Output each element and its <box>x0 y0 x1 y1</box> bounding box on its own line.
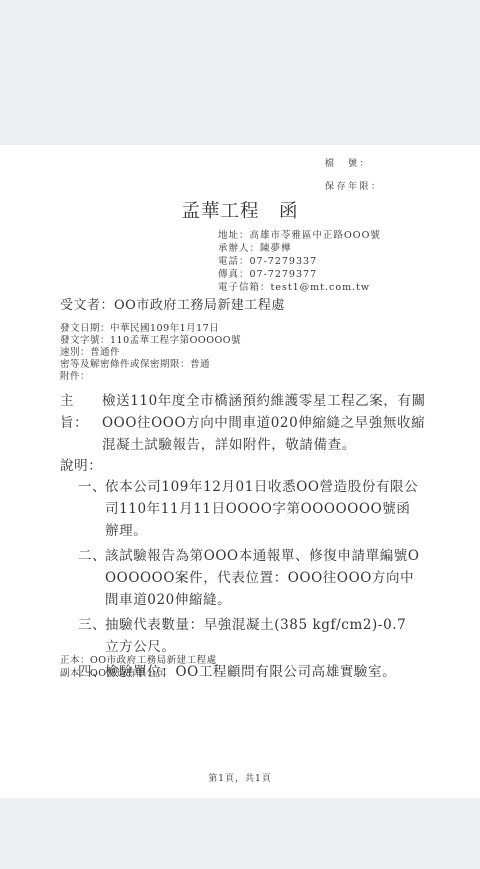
document-viewer-canvas: 檔 號： 保存年限： 孟華工程 函 地址：高雄市苓雅區中正路OOO號 承辦人：陳… <box>0 0 480 869</box>
doc-number-line: 發文字號：110孟華工程字第OOOOO號 <box>60 335 241 347</box>
speed-class-line: 速別：普通件 <box>60 347 241 359</box>
subject-text: 檢送110年度全市橋涵預約維護零星工程乙案，有關OOO往OOO方向中間車道020… <box>102 390 427 456</box>
carbon-copy-line: 副本：OO營造有限公司 <box>60 668 217 681</box>
sender-email: 電子信箱：test1@mt.com.tw <box>218 281 381 294</box>
list-item-text: 依本公司109年12月01日收悉OO營造股份有限公司110年11月11日OOOO… <box>105 476 420 542</box>
sender-fax: 傳真：07-7279377 <box>218 268 381 281</box>
explanation-label: 說明： <box>60 455 102 477</box>
list-item-number: 三、 <box>78 614 105 658</box>
list-item-number: 二、 <box>78 545 105 611</box>
sender-contact-person: 承辦人：陳夢樺 <box>218 242 381 255</box>
page-number-footer: 第1頁，共1頁 <box>0 771 480 784</box>
copies-block: 正本：OO市政府工務局新建工程處 副本：OO營造有限公司 <box>60 655 217 680</box>
list-item-number: 一、 <box>78 476 105 542</box>
list-item: 二、 該試驗報告為第OOO本通報單、修復申請單編號OOOOOOO案件，代表位置：… <box>78 545 420 611</box>
meta-block: 發文日期：中華民國109年1月17日 發文字號：110孟華工程字第OOOOO號 … <box>60 323 241 383</box>
sender-info-block: 地址：高雄市苓雅區中正路OOO號 承辦人：陳夢樺 電話：07-7279337 傳… <box>218 229 381 294</box>
archive-block: 檔 號： 保存年限： <box>325 158 383 204</box>
list-item-text: 抽驗代表數量：早強混凝土(385 kgf/cm2)-0.7立方公尺。 <box>105 614 420 658</box>
list-item: 三、 抽驗代表數量：早強混凝土(385 kgf/cm2)-0.7立方公尺。 <box>78 614 420 658</box>
recipient-line: 受文者：OO市政府工務局新建工程處 <box>60 298 285 314</box>
list-item-text: 該試驗報告為第OOO本通報單、修復申請單編號OOOOOOO案件，代表位置：OOO… <box>105 545 420 611</box>
issue-date-line: 發文日期：中華民國109年1月17日 <box>60 323 241 335</box>
file-number-label: 檔 號： <box>325 158 383 170</box>
letter-page: 檔 號： 保存年限： 孟華工程 函 地址：高雄市苓雅區中正路OOO號 承辦人：陳… <box>0 145 480 798</box>
sender-phone: 電話：07-7279337 <box>218 255 381 268</box>
document-title: 孟華工程 函 <box>0 200 480 224</box>
subject-section: 主旨： 檢送110年度全市橋涵預約維護零星工程乙案，有關OOO往OOO方向中間車… <box>60 390 427 456</box>
retention-period-label: 保存年限： <box>325 181 383 193</box>
attachment-line: 附件： <box>60 371 241 383</box>
subject-label: 主旨： <box>60 390 102 456</box>
original-copy-line: 正本：OO市政府工務局新建工程處 <box>60 655 217 668</box>
list-item: 一、 依本公司109年12月01日收悉OO營造股份有限公司110年11月11日O… <box>78 476 420 542</box>
security-class-line: 密等及解密條件或保密期限：普通 <box>60 359 241 371</box>
sender-address: 地址：高雄市苓雅區中正路OOO號 <box>218 229 381 242</box>
